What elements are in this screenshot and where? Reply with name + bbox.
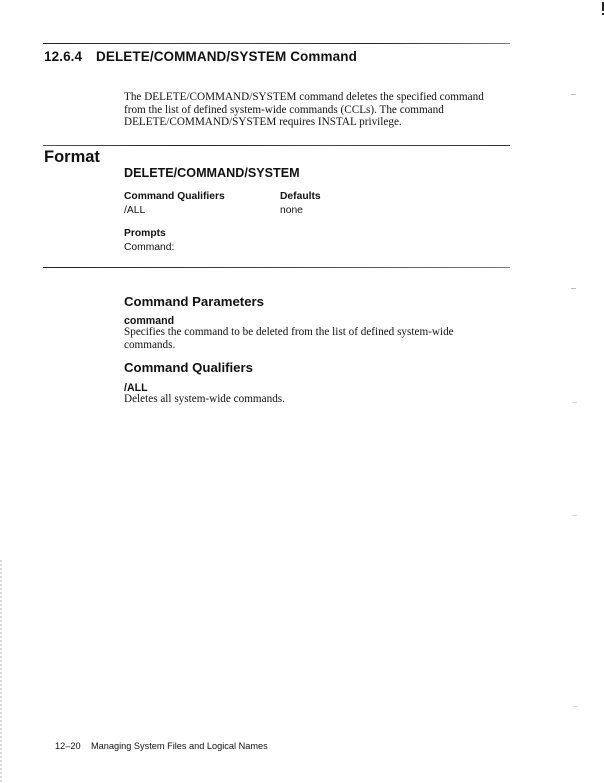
format-end-rule <box>43 267 510 268</box>
qualifiers-column-header: Command Qualifiers <box>124 191 225 202</box>
page-footer: 12–20Managing System Files and Logical N… <box>55 741 268 751</box>
default-cell: none <box>280 205 303 216</box>
scan-mark <box>572 402 577 403</box>
prompt-item: Command: <box>124 242 174 253</box>
section-title-text: DELETE/COMMAND/SYSTEM Command <box>96 49 357 64</box>
chapter-title: Managing System Files and Logical Names <box>91 741 268 751</box>
parameters-heading: Command Parameters <box>124 294 264 309</box>
scan-mark <box>572 515 577 516</box>
format-heading: Format <box>44 148 100 167</box>
scan-edge <box>0 560 2 783</box>
scan-mark <box>573 706 578 707</box>
intro-paragraph: The DELETE/COMMAND/SYSTEM command delete… <box>124 91 504 129</box>
qualifiers-heading: Command Qualifiers <box>124 360 253 375</box>
section-title: 12.6.4DELETE/COMMAND/SYSTEM Command <box>44 49 357 64</box>
page-number: 12–20 <box>55 741 91 751</box>
scan-mark <box>571 94 576 95</box>
qualifier-description: Deletes all system-wide commands. <box>124 393 504 406</box>
format-command: DELETE/COMMAND/SYSTEM <box>124 166 300 180</box>
document-page: 12.6.4DELETE/COMMAND/SYSTEM Command The … <box>0 0 604 783</box>
defaults-column-header: Defaults <box>280 191 321 202</box>
format-rule <box>43 145 510 146</box>
prompts-header: Prompts <box>124 228 166 239</box>
section-number: 12.6.4 <box>44 49 96 64</box>
section-rule <box>43 43 510 44</box>
scan-mark <box>571 288 576 289</box>
qualifier-cell: /ALL <box>124 205 145 216</box>
parameter-description: Specifies the command to be deleted from… <box>124 326 504 351</box>
